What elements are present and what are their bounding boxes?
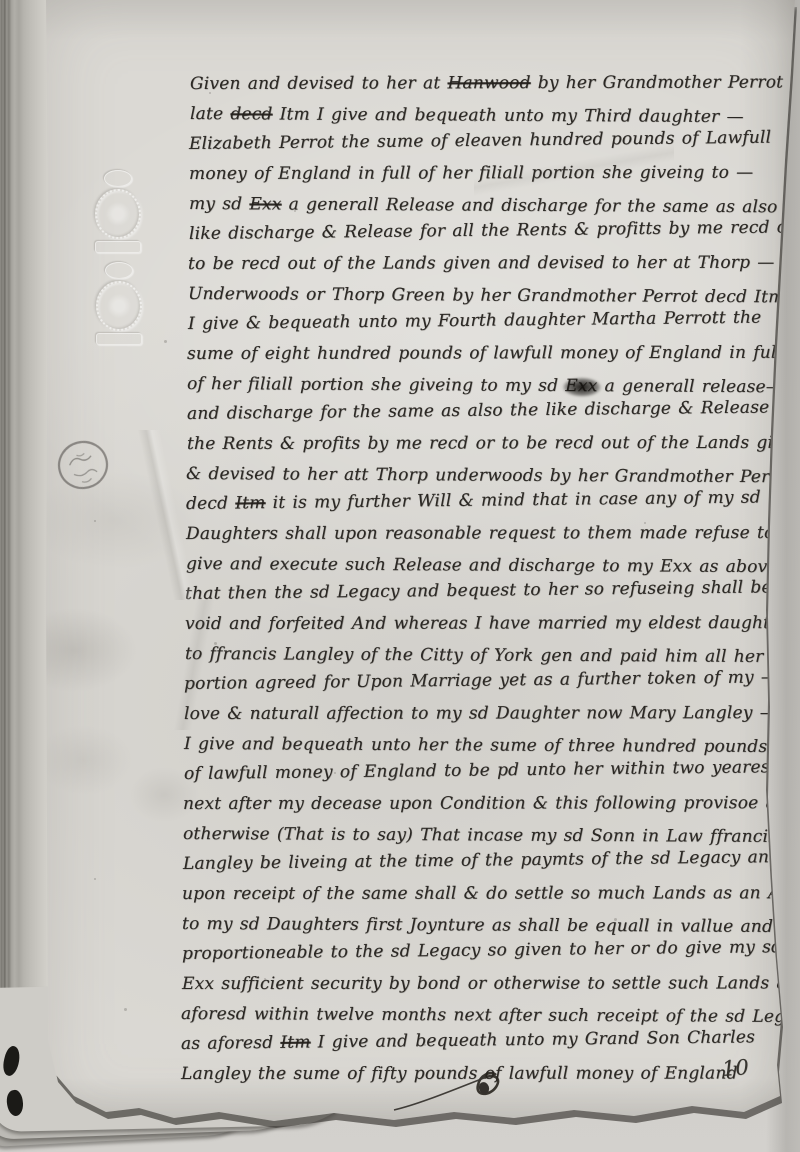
- manuscript-line: late decd Itm I give and bequeath unto m…: [190, 102, 744, 129]
- paper-speck: [704, 262, 706, 264]
- paper-speck: [164, 340, 167, 343]
- manuscript-line: of her filiall portion she giveing to my…: [187, 372, 783, 399]
- manuscript-line: of lawfull money of England to be pd unt…: [183, 755, 769, 786]
- manuscript-line: Underwoods or Thorp Green by her Grandmo…: [188, 282, 785, 309]
- manuscript-line: money of England in full of her filiall …: [189, 161, 753, 186]
- manuscript-line: Langley be liveing at the time of the pa…: [183, 845, 780, 876]
- manuscript-line: Given and devised to her at Hanwood by h…: [190, 70, 783, 96]
- manuscript-line: I give and bequeath unto her the sume of…: [184, 732, 767, 759]
- manuscript-line: love & naturall affection to my sd Daugh…: [184, 701, 777, 726]
- paper-speck: [264, 978, 266, 980]
- manuscript-line: Exx sufficient security by bond or other…: [182, 971, 796, 996]
- document-scan: Given and devised to her at Hanwood by h…: [0, 0, 800, 1152]
- manuscript-line: I give & bequeath unto my Fourth daughte…: [188, 306, 762, 336]
- paper-speck: [614, 918, 617, 921]
- manuscript-line: like discharge & Release for all the Ren…: [188, 215, 795, 246]
- manuscript-line: next after my decease upon Condition & t…: [183, 791, 800, 816]
- paper-speck: [424, 1044, 426, 1046]
- manuscript-line: proportioneable to the sd Legacy so give…: [182, 935, 800, 966]
- paper-speck: [294, 210, 296, 212]
- paper-speck: [644, 522, 646, 524]
- page-stack-edge: [0, 0, 52, 1020]
- manuscript-line: sume of eight hundred pounds of lawfull …: [187, 341, 782, 366]
- scribal-flourish-icon: [392, 1066, 512, 1118]
- paper-speck: [124, 1008, 127, 1011]
- manuscript-line: that then the sd Legacy and bequest to h…: [185, 575, 800, 606]
- manuscript-page: Given and devised to her at Hanwood by h…: [44, 0, 800, 1128]
- manuscript-line: as aforesd Itm I give and bequeath unto …: [181, 1025, 755, 1056]
- paper-speck: [94, 520, 96, 522]
- manuscript-line: decd Itm it is my further Will & mind th…: [186, 485, 761, 516]
- paper-speck: [214, 642, 217, 645]
- page-number: 10: [721, 1055, 749, 1081]
- manuscript-line: and discharge for the same as also the l…: [187, 395, 800, 426]
- manuscript-line: Elizabeth Perrot the sume of eleaven hun…: [189, 126, 771, 156]
- manuscript-text: Given and devised to her at Hanwood by h…: [44, 0, 800, 1128]
- paper-speck: [524, 298, 526, 300]
- manuscript-line: to be recd out of the Lands given and de…: [188, 251, 775, 276]
- paper-speck: [474, 120, 476, 122]
- manuscript-line: the Rents & profits by me recd or to be …: [187, 431, 800, 456]
- manuscript-line: to ffrancis Langley of the Citty of York…: [185, 642, 788, 669]
- manuscript-line: void and forfeited And whereas I have ma…: [185, 611, 789, 636]
- paper-speck: [334, 772, 336, 774]
- manuscript-line: upon receipt of the same shall & do sett…: [182, 881, 800, 906]
- paper-speck: [209, 92, 211, 94]
- paper-speck: [700, 1032, 702, 1034]
- manuscript-line: Daughters shall upon reasonable request …: [186, 521, 774, 546]
- manuscript-line: to my sd Daughters first Joynture as sha…: [182, 912, 773, 939]
- paper-speck: [94, 878, 96, 880]
- manuscript-line: portion agreed for Upon Marriage yet as …: [184, 665, 778, 696]
